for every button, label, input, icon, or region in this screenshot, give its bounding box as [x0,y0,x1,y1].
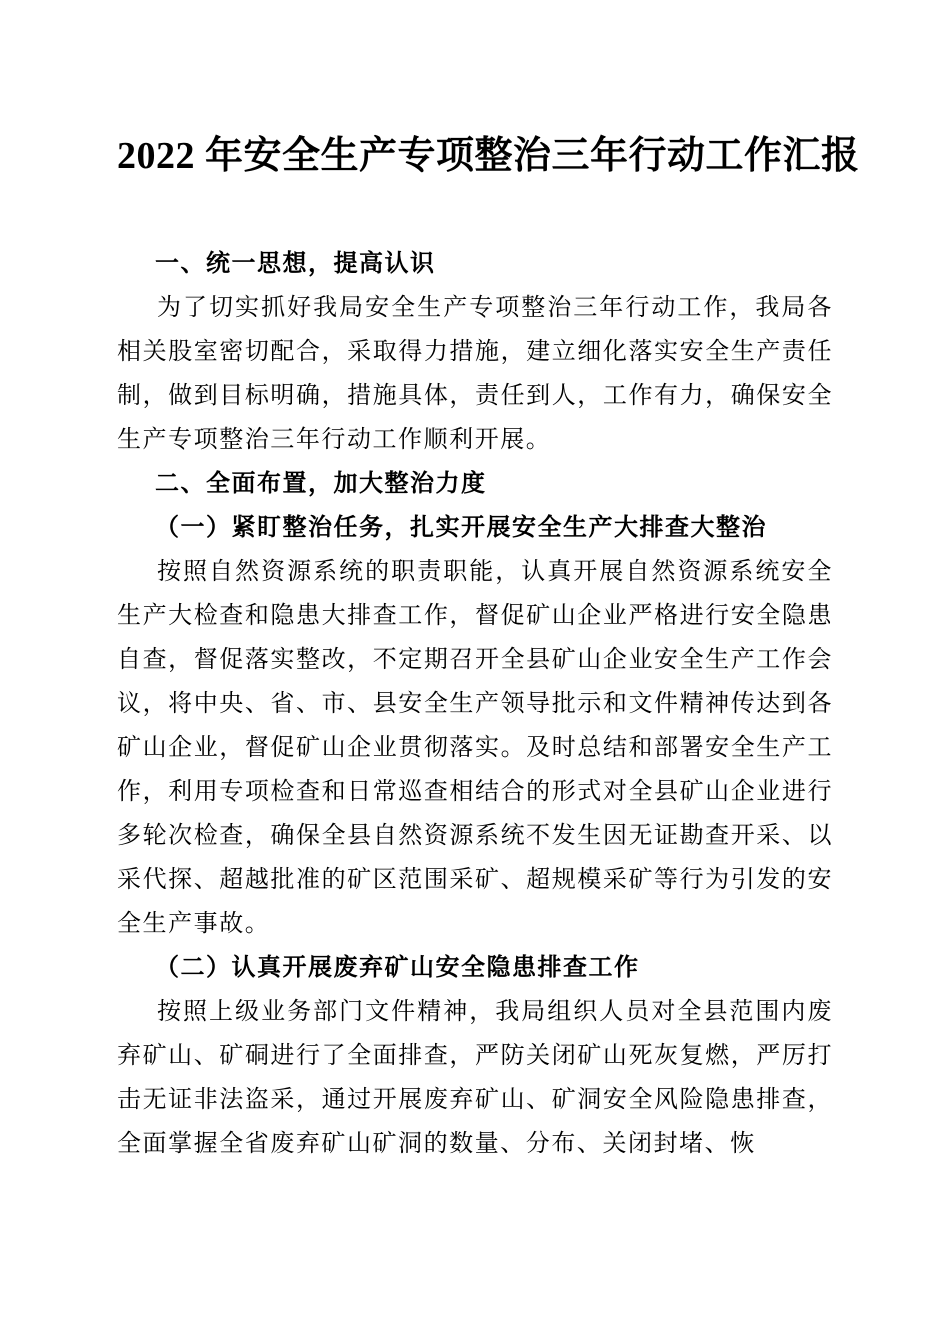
document-title: 2022 年安全生产专项整治三年行动工作汇报 [117,128,833,185]
subsection-heading-1: （一）紧盯整治任务，扎实开展安全生产大排查大整治 [117,506,833,550]
body-paragraph: 按照上级业务部门文件精神，我局组织人员对全县范围内废弃矿山、矿硐进行了全面排查，… [117,990,833,1166]
section-heading-2: 二、全面布置，加大整治力度 [117,462,833,506]
document-page: 2022 年安全生产专项整治三年行动工作汇报 一、统一思想，提高认识 为了切实抓… [0,0,950,1344]
document-content: 2022 年安全生产专项整治三年行动工作汇报 一、统一思想，提高认识 为了切实抓… [117,128,833,1166]
body-paragraph: 按照自然资源系统的职责职能，认真开展自然资源系统安全生产大检查和隐患大排查工作，… [117,550,833,946]
subsection-heading-2: （二）认真开展废弃矿山安全隐患排查工作 [117,946,833,990]
body-paragraph: 为了切实抓好我局安全生产专项整治三年行动工作，我局各相关股室密切配合，采取得力措… [117,286,833,462]
section-heading-1: 一、统一思想，提高认识 [117,242,833,286]
